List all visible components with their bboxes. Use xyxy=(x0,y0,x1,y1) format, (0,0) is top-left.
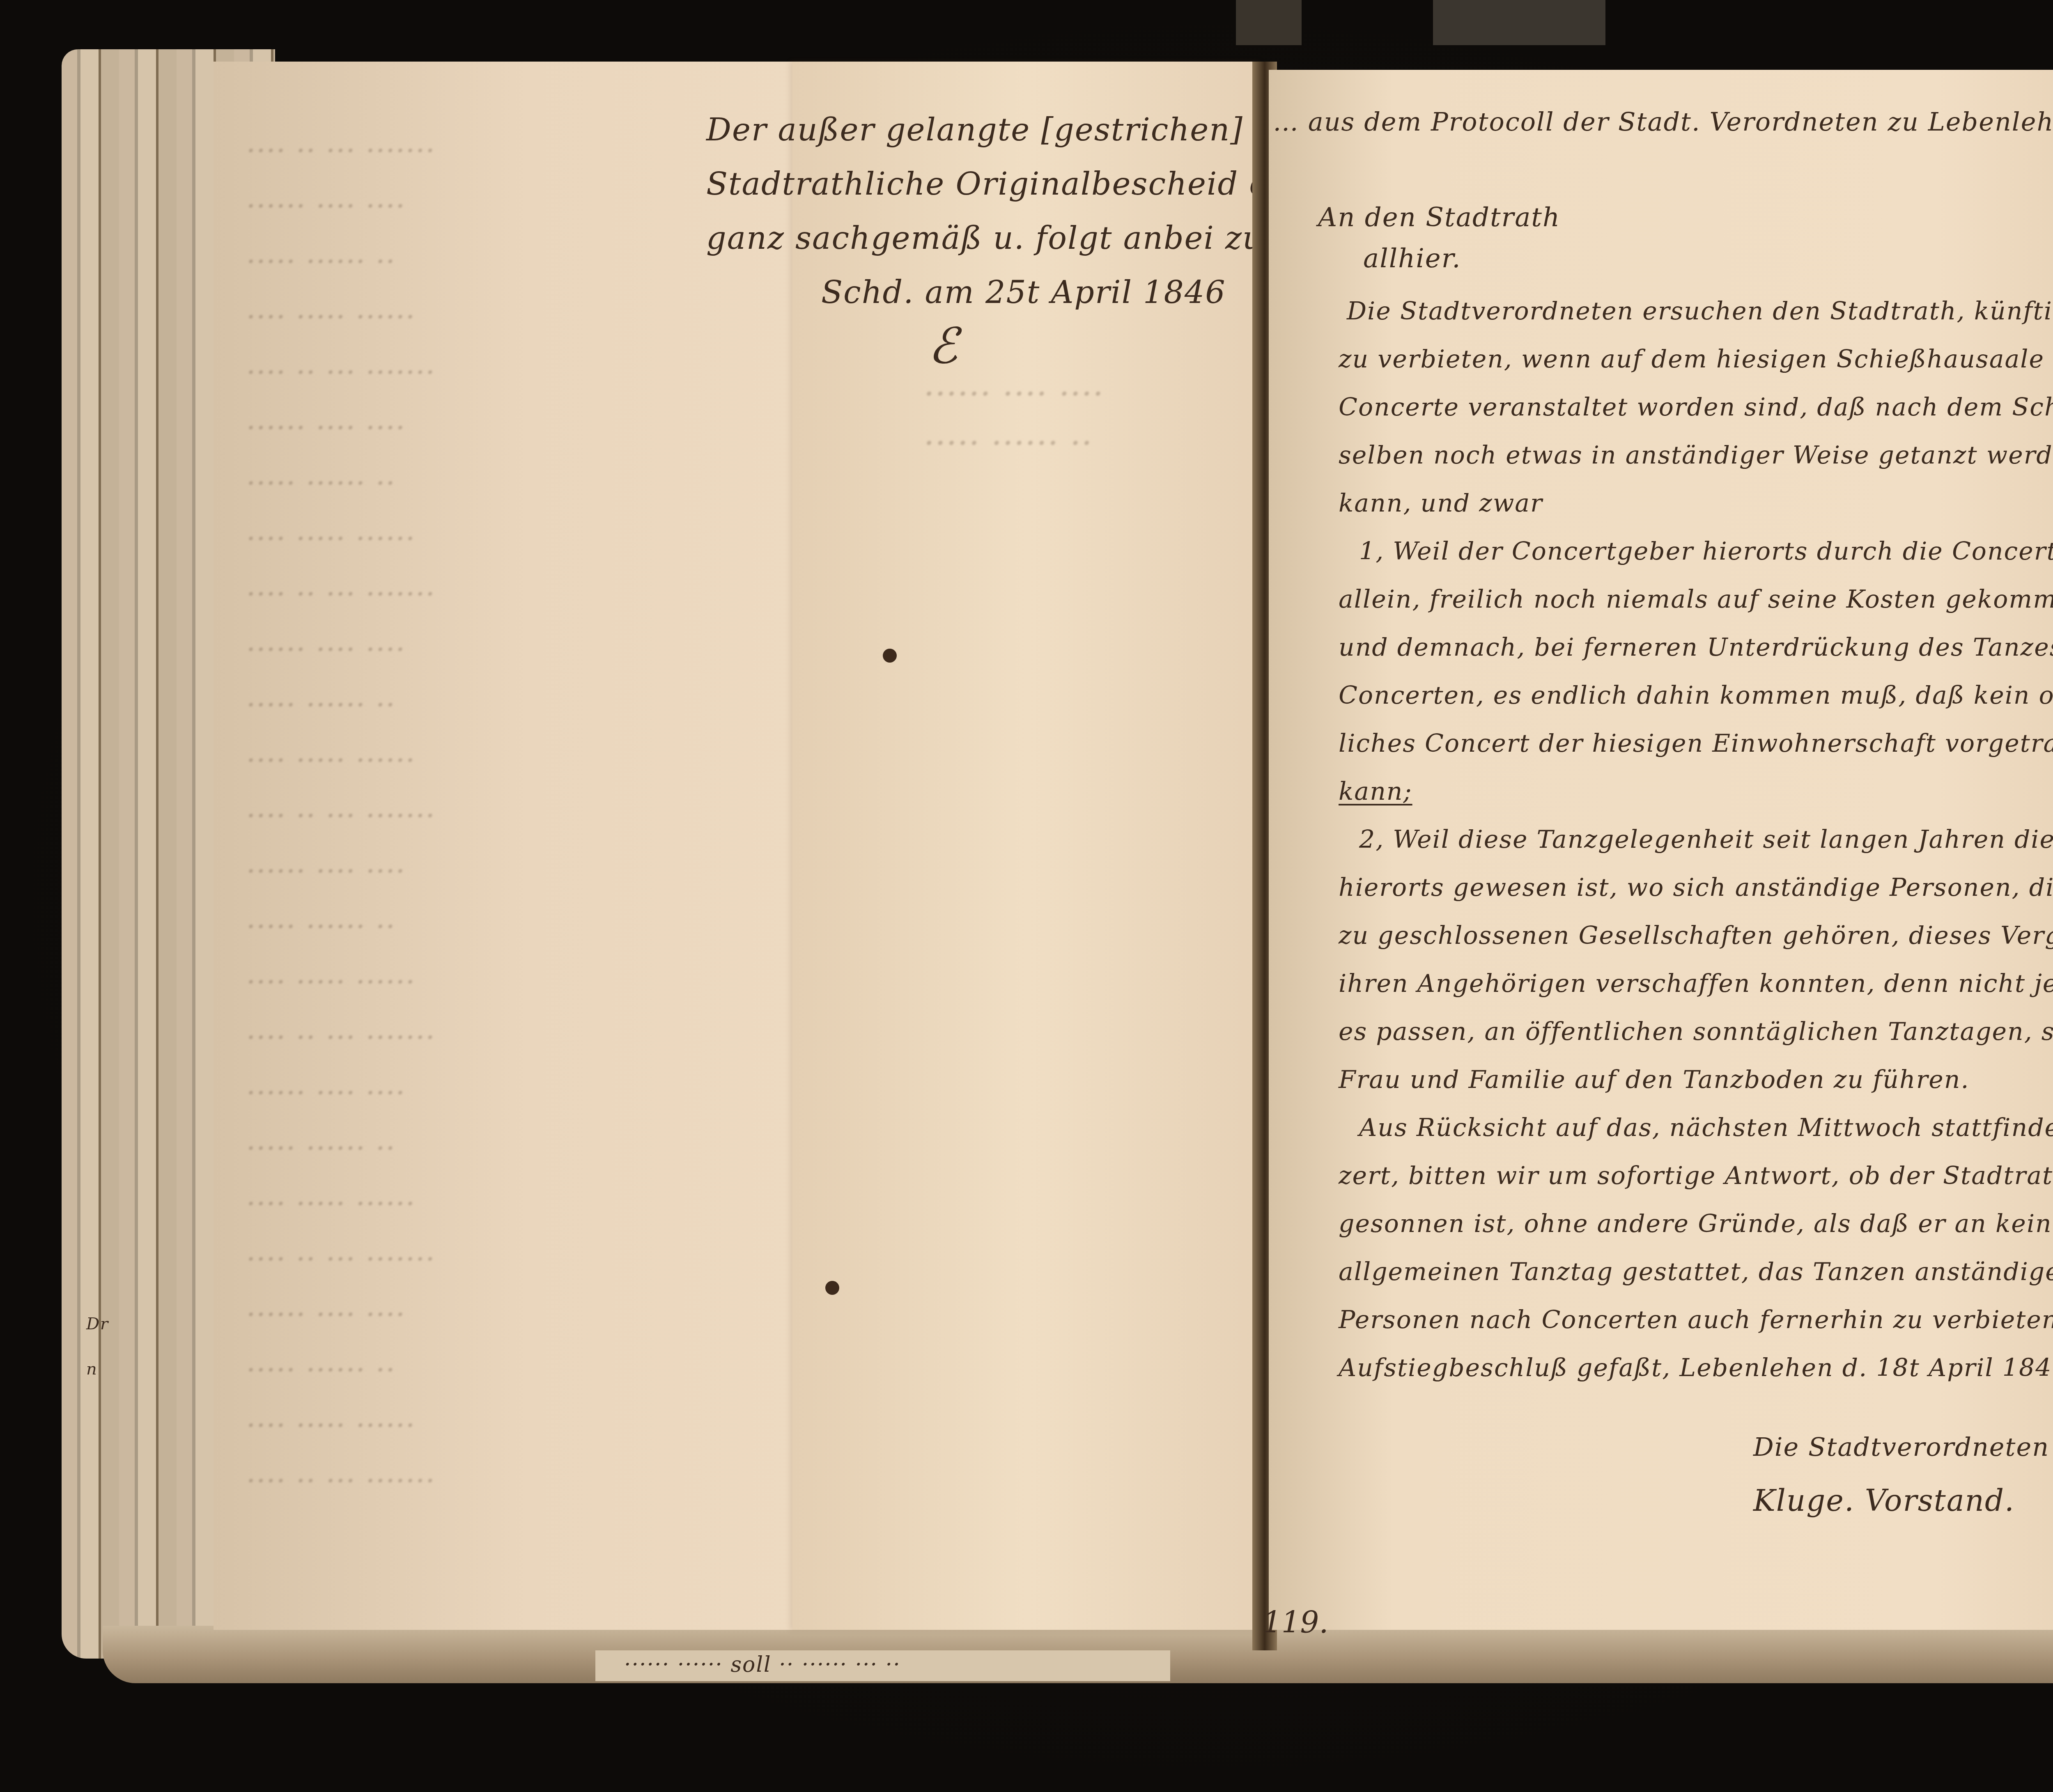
note-line: Schd. am 25t April 1846 xyxy=(821,265,1240,319)
left-page-bleedthrough: ···· ·· ··· ······· ······ ···· ···· ···… xyxy=(246,123,780,1509)
body-line: zert, bitten wir um sofortige Antwort, o… xyxy=(1339,1152,2053,1200)
note-line: Stadtrathliche Originalbescheid erschein… xyxy=(706,157,1240,211)
body-line: allgemeinen Tanztag gestattet, das Tanze… xyxy=(1339,1248,2053,1296)
body-line: kann; xyxy=(1339,768,2053,816)
cover-edge-left xyxy=(1236,0,1302,45)
body-line: zu verbieten, wenn auf dem hiesigen Schi… xyxy=(1339,335,2053,383)
body-line: kann, und zwar xyxy=(1339,480,2053,528)
body-line: Aufstiegbeschluß gefaßt, Lebenlehen d. 1… xyxy=(1339,1344,2053,1392)
note-line: ganz sachgemäß u. folgt anbei zurück. xyxy=(706,211,1240,265)
underlying-sheet-text: ······ ······ soll ·· ······ ··· ·· xyxy=(624,1652,901,1677)
note-line: Der außer gelangte [gestrichen] xyxy=(706,103,1240,157)
body-line: hierorts gewesen ist, wo sich anständige… xyxy=(1339,864,2053,912)
body-line: zu geschlossenen Gesellschaften gehören,… xyxy=(1339,912,2053,960)
body-line: liches Concert der hiesigen Einwohnersch… xyxy=(1339,720,2053,768)
body-line: 1, Weil der Concertgeber hierorts durch … xyxy=(1359,528,2053,576)
body-line: ihren Angehörigen verschaffen konnten, d… xyxy=(1339,960,2053,1008)
body-line: Die Stadtverordneten ersuchen den Stadtr… xyxy=(1347,287,2053,335)
body-line: selben noch etwas in anständiger Weise g… xyxy=(1339,431,2053,480)
ink-spot xyxy=(883,649,897,663)
cover-edge-right xyxy=(1433,0,1605,45)
left-page-annotation: Der außer gelangte [gestrichen] Stadtrat… xyxy=(706,103,1240,374)
body-line: Concerte veranstaltet worden sind, daß n… xyxy=(1339,383,2053,431)
body-line: es passen, an öffentlichen sonntäglichen… xyxy=(1339,1008,2053,1056)
closing-signature: Kluge. Vorstand. xyxy=(1753,1474,2049,1527)
addressee: An den Stadtrath allhier. xyxy=(1318,197,1560,279)
closing-body: Die Stadtverordneten xyxy=(1753,1420,2049,1474)
ink-spot xyxy=(825,1281,839,1295)
protocol-header: … aus dem Protocoll der Stadt. Verordnet… xyxy=(1273,107,2053,137)
body-line: 2, Weil diese Tanzgelegenheit seit lange… xyxy=(1359,816,2053,864)
letter-closing: Die Stadtverordneten Kluge. Vorstand. xyxy=(1753,1420,2049,1527)
letter-body: Die Stadtverordneten ersuchen den Stadtr… xyxy=(1339,287,2053,1392)
body-line: allein, freilich noch niemals auf seine … xyxy=(1339,576,2053,624)
left-margin-fragments: Dr n xyxy=(86,1301,109,1392)
body-line: und demnach, bei ferneren Unterdrückung … xyxy=(1339,624,2053,672)
signature-flourish: ℰ xyxy=(928,319,1240,374)
body-line: Concerten, es endlich dahin kommen muß, … xyxy=(1339,672,2053,720)
body-line: Frau und Familie auf den Tanzboden zu fü… xyxy=(1339,1056,2053,1104)
folded-sheet-bleedthrough: ······ ···· ···· ····· ······ ·· xyxy=(924,369,1104,468)
body-line: Aus Rücksicht auf das, nächsten Mittwoch… xyxy=(1359,1104,2053,1152)
body-line: Personen nach Concerten auch fernerhin z… xyxy=(1339,1296,2053,1344)
page-number-bottom: 119. xyxy=(1263,1605,1328,1640)
body-line: gesonnen ist, ohne andere Gründe, als da… xyxy=(1339,1200,2053,1248)
